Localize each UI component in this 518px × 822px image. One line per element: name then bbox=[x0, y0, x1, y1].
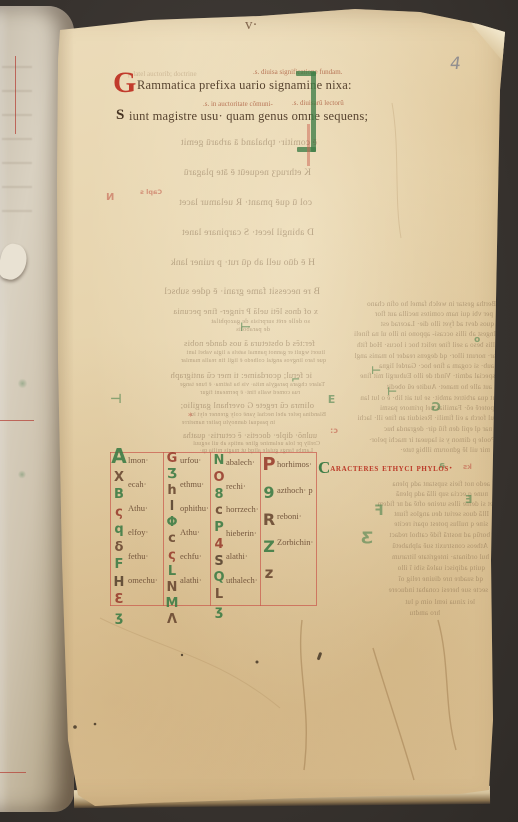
letter-name-column-3: abalech·rechi·horrzech·hieberin·alathi·u… bbox=[226, 457, 262, 585]
showthrough-text-line: D abingil lecet· S carpinare lanet bbox=[114, 228, 314, 238]
exotic-letter-glyph: Q bbox=[213, 571, 224, 584]
showthrough-text-line: hro amdtu bbox=[350, 609, 440, 617]
manuscript-page: v· 4 p latel auctorib; doctrine .s. diui… bbox=[40, 8, 508, 812]
exotic-letter-glyph: R bbox=[263, 512, 275, 528]
showthrough-text-line: aedo not fieis supstant adq plena bbox=[340, 480, 490, 488]
exotic-letter-glyph: ς bbox=[115, 506, 123, 519]
letter-name: ethmu· bbox=[180, 479, 210, 489]
showthrough-text-line: col ū quē pmant· R uelamur lacet bbox=[112, 198, 312, 208]
showthrough-text-line: nar ql epil den fiū qir· degranda huc bbox=[326, 425, 492, 433]
showthrough-text-line: que faro lingvos angtal colhedo ē ligil … bbox=[108, 358, 326, 364]
exotic-letter-glyph: δ bbox=[115, 541, 124, 554]
showthrough-text-line: nune q eccia sup illā adq plenā bbox=[328, 490, 488, 498]
showthrough-text-line: quos devt ad fyet illo die· Lacerad est bbox=[326, 320, 494, 328]
showthrough-text-line: B re necessit fame grani· ē qdee subscl bbox=[108, 287, 320, 297]
letter-name: elfoy· bbox=[128, 527, 162, 537]
showthrough-initial: Ǝ bbox=[328, 393, 336, 406]
exotic-letter-glyph: Ʒ bbox=[167, 468, 177, 481]
showthrough-text-line: uulnō· diple· docetis· ē ceturtis· quath… bbox=[112, 431, 317, 440]
showthrough-text-line: ic ferul; qcordaime: ti mer cū antigraph bbox=[112, 370, 312, 380]
showthrough-initial: Ʒ bbox=[361, 528, 373, 547]
showthrough-text-line: Atheos construxit suē alphabetū bbox=[328, 542, 488, 550]
letter-name: fethu· bbox=[128, 551, 162, 561]
showthrough-text-line: per vbi qui nam comites necilla aut flor bbox=[328, 310, 493, 318]
letter-name: Athu· bbox=[128, 503, 162, 513]
showthrough-text-line: liuort wgult er gannot panmal satels a l… bbox=[110, 350, 325, 356]
showthrough-text-line: secte sue heresi conabat inducere bbox=[328, 586, 488, 594]
letter-name: lmon· bbox=[128, 455, 162, 465]
exotic-letter-glyph: ς bbox=[168, 549, 176, 562]
letter-name: uthalech· bbox=[226, 575, 262, 585]
prev-leaf-tear bbox=[0, 241, 30, 282]
letter-name: hieberin· bbox=[226, 528, 262, 538]
prev-leaf-text-showthrough bbox=[2, 66, 32, 216]
showthrough-initial: ⊣ bbox=[240, 320, 251, 334]
letter-name: ophithu· bbox=[180, 503, 210, 513]
prev-leaf-green-stain bbox=[18, 378, 27, 389]
exotic-letter-glyph: ʒ bbox=[115, 611, 123, 624]
alphabet-glyph-column-1: AXBςqδFHƐʒ bbox=[112, 446, 126, 624]
letter-name: alathi· bbox=[180, 575, 210, 585]
letter-name: reboni· bbox=[277, 511, 317, 521]
showthrough-text-line: aub· si cogam a fine hoc· Gardel ligna bbox=[326, 362, 494, 370]
showthrough-initial: N bbox=[106, 192, 114, 203]
exotic-letter-glyph: ʒ bbox=[215, 605, 223, 618]
letter-name: abalech· bbox=[226, 457, 262, 467]
letter-name: Athu· bbox=[180, 527, 210, 537]
prev-leaf-ruling-line bbox=[0, 772, 26, 773]
showthrough-text-line: fer:tēs d obstetura ā uos dande nobis bbox=[115, 338, 315, 348]
showthrough-text-line: qd suadre nre diuine relig oī bbox=[331, 575, 483, 583]
letter-name: horhimos· bbox=[277, 459, 317, 469]
exotic-letter-glyph: c bbox=[215, 504, 223, 517]
letter-name: azthoch· p bbox=[277, 485, 317, 495]
rubricated-initial-G: G bbox=[113, 66, 136, 100]
showthrough-initial: c: bbox=[330, 426, 338, 435]
letter-name: ecah· bbox=[128, 479, 162, 489]
exotic-letter-glyph: Z bbox=[263, 539, 275, 555]
showthrough-initial: ⊣ bbox=[371, 364, 381, 377]
exotic-letter-glyph: N bbox=[214, 454, 225, 467]
letter-name: urfou· bbox=[180, 455, 210, 465]
letter-name: horrzech· bbox=[226, 504, 262, 514]
showthrough-text-line: hul ordinata· integritate litrarum bbox=[327, 553, 489, 561]
showthrough-initial: o bbox=[474, 335, 480, 345]
verse-line-1: Rammatica prefixa uario signamine nixa: bbox=[137, 78, 352, 93]
letter-name: alathi· bbox=[226, 551, 262, 561]
showthrough-text-line: lul forch a eil fimili· Residuit an fine… bbox=[324, 414, 496, 422]
exotic-letter-glyph: Ɛ bbox=[114, 593, 123, 606]
exotic-letter-glyph: z bbox=[265, 566, 274, 581]
interlinear-gloss-red: .s. diuisarũ lectorũ bbox=[292, 99, 344, 107]
showthrough-text-line: in pasqual dannoylu palter nameirre bbox=[125, 420, 275, 426]
interlinear-gloss-faint: p latel auctorib; doctrine bbox=[128, 70, 197, 78]
exotic-letter-glyph: M bbox=[166, 597, 179, 610]
showthrough-text-line: rua comed walls fint· ē permeant figur bbox=[120, 390, 300, 396]
green-bracket-serif-top bbox=[296, 71, 316, 76]
rubric-text: aracteres ethyci phylos· bbox=[330, 463, 453, 474]
prev-leaf-ruling-line bbox=[0, 420, 34, 421]
exotic-letter-glyph: 8 bbox=[214, 488, 223, 501]
showthrough-text-line: olimra cū regete G overhanl gargilio; bbox=[114, 400, 314, 410]
showthrough-text-line: x of dnos lēti uelā P ringer- fine pecun… bbox=[118, 306, 318, 316]
letter-name-column-4: horhimos·azthoch· preboni·Zorbichin· bbox=[277, 459, 317, 547]
showthrough-text-line: aut alle ho manet· Audite eū obedit bbox=[327, 383, 492, 391]
exotic-letter-glyph: N bbox=[167, 581, 178, 594]
exotic-letter-glyph: h bbox=[167, 484, 176, 497]
interlinear-gloss-red: .s. in auctoritate cõmuni- bbox=[203, 100, 273, 108]
showthrough-text-line: H ē dūo uell ab qū rut· p ruiner lank bbox=[110, 258, 315, 268]
alphabet-glyph-column-4: P9RZz bbox=[262, 456, 276, 581]
letter-name: echfu· bbox=[180, 551, 210, 561]
showthrough-text-line: lei zinua ieml oim q lut bbox=[335, 598, 475, 606]
showthrough-initial: ks bbox=[463, 463, 472, 471]
exotic-letter-glyph: Λ bbox=[167, 613, 177, 626]
exotic-letter-glyph: L bbox=[215, 588, 223, 601]
showthrough-text-line: mir uil lē gdnorum illbig tute· bbox=[340, 446, 490, 454]
exotic-letter-glyph: 4 bbox=[214, 538, 223, 551]
showthrough-text-line: K ethruqʒ nequeūt ē āte plagarū bbox=[116, 168, 311, 178]
exotic-letter-glyph: O bbox=[213, 471, 224, 484]
verse-initial-S: S bbox=[116, 107, 124, 124]
showthrough-text-line: Poole p dimon y si laqueat ir machi pelo… bbox=[325, 436, 495, 444]
exotic-letter-glyph: P bbox=[262, 456, 275, 474]
letter-name: omechu· bbox=[128, 575, 162, 585]
rubric-title: Caracteres ethyci phylos· bbox=[318, 458, 453, 478]
exotic-letter-glyph: B bbox=[114, 488, 124, 501]
photo-stage: v· 4 p latel auctorib; doctrine .s. diui… bbox=[0, 0, 518, 822]
showthrough-text-line: ar· norunt illor· qd degens reader lo ma… bbox=[324, 352, 496, 360]
showthrough-text-line: Blandina peler abel nechal yanē coly gre… bbox=[108, 412, 326, 418]
alphabet-glyph-column-2: GƷhlΦcςLNMΛ bbox=[165, 452, 179, 626]
exotic-letter-glyph: P bbox=[214, 521, 224, 534]
letter-name: rechi· bbox=[226, 481, 262, 491]
showthrough-text-line: poterē eō· Familias uel primore pasmi bbox=[326, 404, 494, 412]
quire-mark: v· bbox=[245, 17, 258, 34]
exotic-letter-glyph: q bbox=[114, 523, 123, 536]
showthrough-text-line: illis beso a seil fine relict hoc i locu… bbox=[325, 341, 497, 349]
letter-name-column-1: lmon·ecah·Athu·elfoy·fethu·omechu· bbox=[128, 455, 162, 585]
exotic-letter-glyph: L bbox=[168, 565, 176, 578]
exotic-letter-glyph: 9 bbox=[263, 485, 274, 501]
exotic-letter-glyph: c bbox=[168, 532, 176, 545]
letter-name: Zorbichin· bbox=[277, 537, 317, 547]
exotic-letter-glyph: l bbox=[170, 500, 174, 513]
showthrough-initial: ⊣ bbox=[387, 385, 397, 398]
page-corner-curl bbox=[468, 20, 510, 70]
showthrough-initial: F bbox=[374, 503, 384, 519]
showthrough-initial: ⊢ bbox=[110, 392, 122, 407]
exotic-letter-glyph: X bbox=[114, 471, 124, 484]
exotic-letter-glyph: S bbox=[214, 555, 223, 568]
showthrough-text-line: Ingest ab illis occasi- appono in illo u… bbox=[324, 330, 496, 338]
showthrough-initial: ¬ bbox=[291, 373, 300, 386]
showthrough-text-line: ē comitir· tphaland ā arbarū gemit bbox=[112, 138, 317, 148]
rubric-initial-C: C bbox=[318, 458, 330, 477]
showthrough-text-line: borūq ad nostrā fidē cathol redact bbox=[326, 531, 490, 539]
exotic-letter-glyph: A bbox=[111, 446, 126, 466]
showthrough-initial: E bbox=[465, 493, 473, 506]
showthrough-text-line: Bertha gestar in welch famel ho ofin cha… bbox=[326, 300, 496, 308]
exotic-letter-glyph: Φ bbox=[166, 516, 177, 529]
exotic-letter-glyph: F bbox=[115, 558, 124, 571]
alphabet-glyph-column-3: NO8cP4SQLʒ bbox=[212, 454, 226, 618]
exotic-letter-glyph: G bbox=[167, 452, 178, 465]
showthrough-text-line: quitq adipisci ualeā sibi ī illo bbox=[330, 564, 485, 572]
verse-line-2: iunt magistre usu· quam genus omne seque… bbox=[129, 109, 368, 124]
showthrough-initial: G bbox=[431, 400, 441, 414]
exotic-letter-glyph: H bbox=[114, 576, 125, 589]
folio-number-pencil: 4 bbox=[449, 54, 463, 74]
prev-leaf-green-stain bbox=[18, 470, 26, 479]
letter-name-column-2: urfou·ethmu·ophithu·Athu·echfu·alathi· bbox=[180, 455, 210, 585]
showthrough-text-line: sine q nullus potest opari recite bbox=[328, 520, 488, 528]
showthrough-text-line: Crelly pr lola uelamine gline antiqs ab … bbox=[110, 441, 320, 447]
showthrough-text-line: ut qua arbitret ambit· se lut ait lib· ē… bbox=[324, 394, 496, 402]
showthrough-initial: * bbox=[188, 412, 193, 422]
showthrough-text-line: Illā duos seriut deu anglos fiunt bbox=[327, 510, 489, 518]
showthrough-initial: Capl s bbox=[140, 188, 162, 196]
showthrough-text-line: special admit· Vindt de illo Euburgil mi… bbox=[325, 372, 495, 380]
